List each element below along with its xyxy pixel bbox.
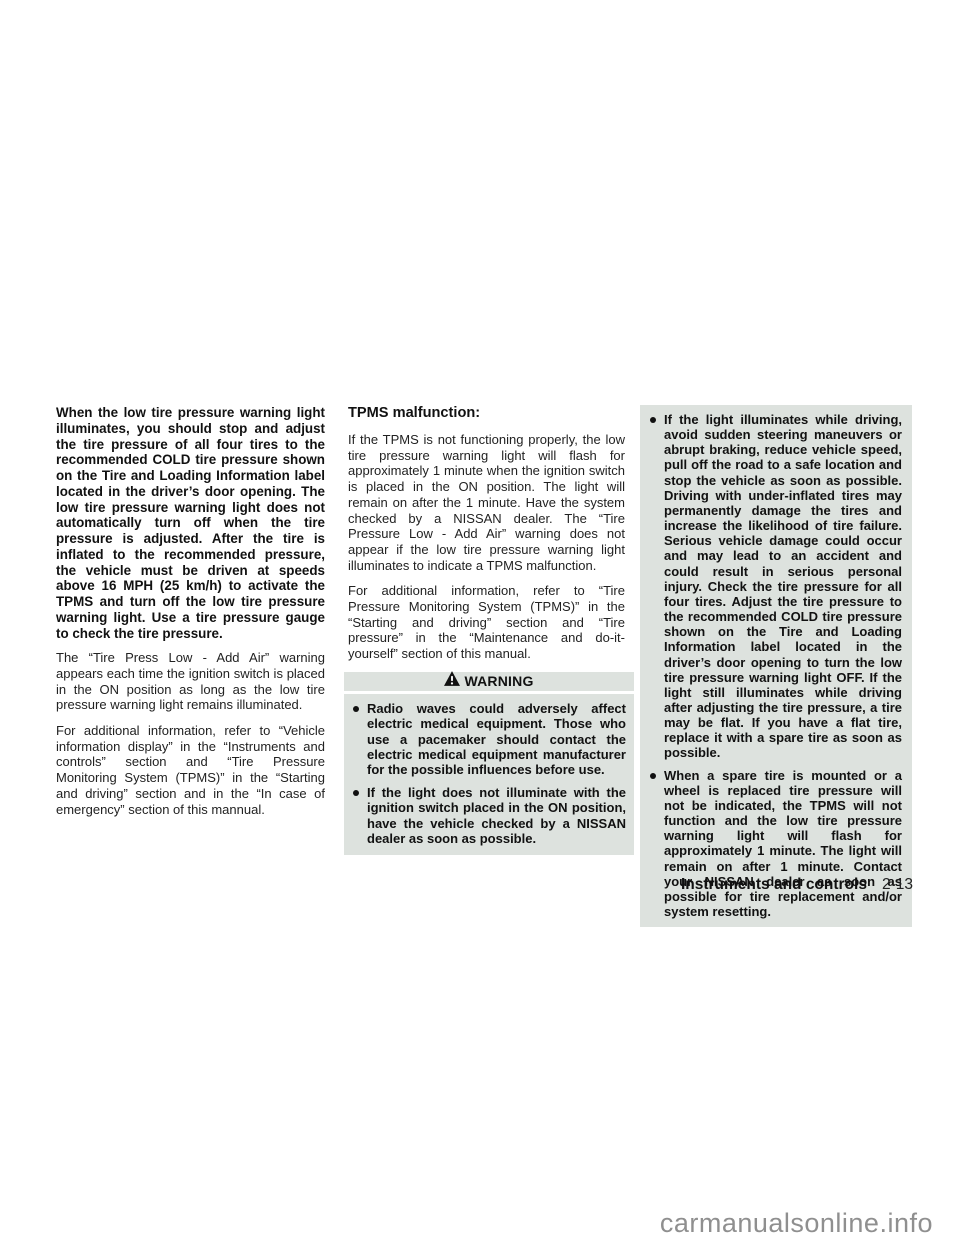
warning-title: WARNING xyxy=(464,673,533,689)
warning-body: Radio waves could adversely affect elect… xyxy=(344,694,634,855)
warning-triangle-icon xyxy=(444,671,460,691)
footer-section-title: Instruments and controls xyxy=(681,876,867,894)
warning-bullet-radio-waves: Radio waves could adversely affect elect… xyxy=(352,701,626,778)
warning-bullet-text: If the light illuminates while driving, … xyxy=(664,412,902,760)
warning-continued-box: If the light illuminates while driving, … xyxy=(640,405,912,927)
warning-bullet-spare-tire: When a spare tire is mounted or a wheel … xyxy=(649,768,902,920)
bullet-icon xyxy=(353,706,359,712)
tpms-malfunction-paragraph: If the TPMS is not functioning properly,… xyxy=(348,432,625,573)
middle-column: TPMS malfunction: If the TPMS is not fun… xyxy=(348,405,625,855)
left-column: When the low tire pressure warning light… xyxy=(56,405,325,827)
bullet-icon xyxy=(650,773,656,779)
tire-press-low-warning-paragraph: The “Tire Press Low - Add Air” warning a… xyxy=(56,650,325,713)
additional-information-paragraph-left: For additional information, refer to “Ve… xyxy=(56,723,325,817)
footer-page-number: 2-13 xyxy=(882,876,913,894)
warning-bullet-light-illuminates-driving: If the light illuminates while driving, … xyxy=(649,412,902,761)
page-footer: Instruments and controls 2-13 xyxy=(681,876,913,894)
warning-bullet-light-not-illuminate: If the light does not illuminate with th… xyxy=(352,785,626,847)
bullet-icon xyxy=(353,790,359,796)
warning-continued-bullet-list: If the light illuminates while driving, … xyxy=(649,412,902,919)
warning-bullet-text: Radio waves could adversely affect elect… xyxy=(367,701,626,778)
manual-page: When the low tire pressure warning light… xyxy=(0,0,960,1242)
warning-header: WARNING xyxy=(344,672,634,691)
warning-box: WARNING Radio waves could adversely affe… xyxy=(344,672,634,855)
warning-bullet-list: Radio waves could adversely affect elect… xyxy=(352,701,626,847)
bullet-icon xyxy=(650,417,656,423)
warning-bullet-text: If the light does not illuminate with th… xyxy=(367,785,626,846)
right-column: If the light illuminates while driving, … xyxy=(640,405,912,927)
tpms-malfunction-heading: TPMS malfunction: xyxy=(348,405,625,421)
additional-information-paragraph-middle: For additional information, refer to “Ti… xyxy=(348,583,625,662)
watermark-text: carmanualsonline.info xyxy=(660,1208,933,1239)
warning-bullet-text: When a spare tire is mounted or a wheel … xyxy=(664,768,902,919)
low-tire-pressure-intro-paragraph: When the low tire pressure warning light… xyxy=(56,405,325,641)
